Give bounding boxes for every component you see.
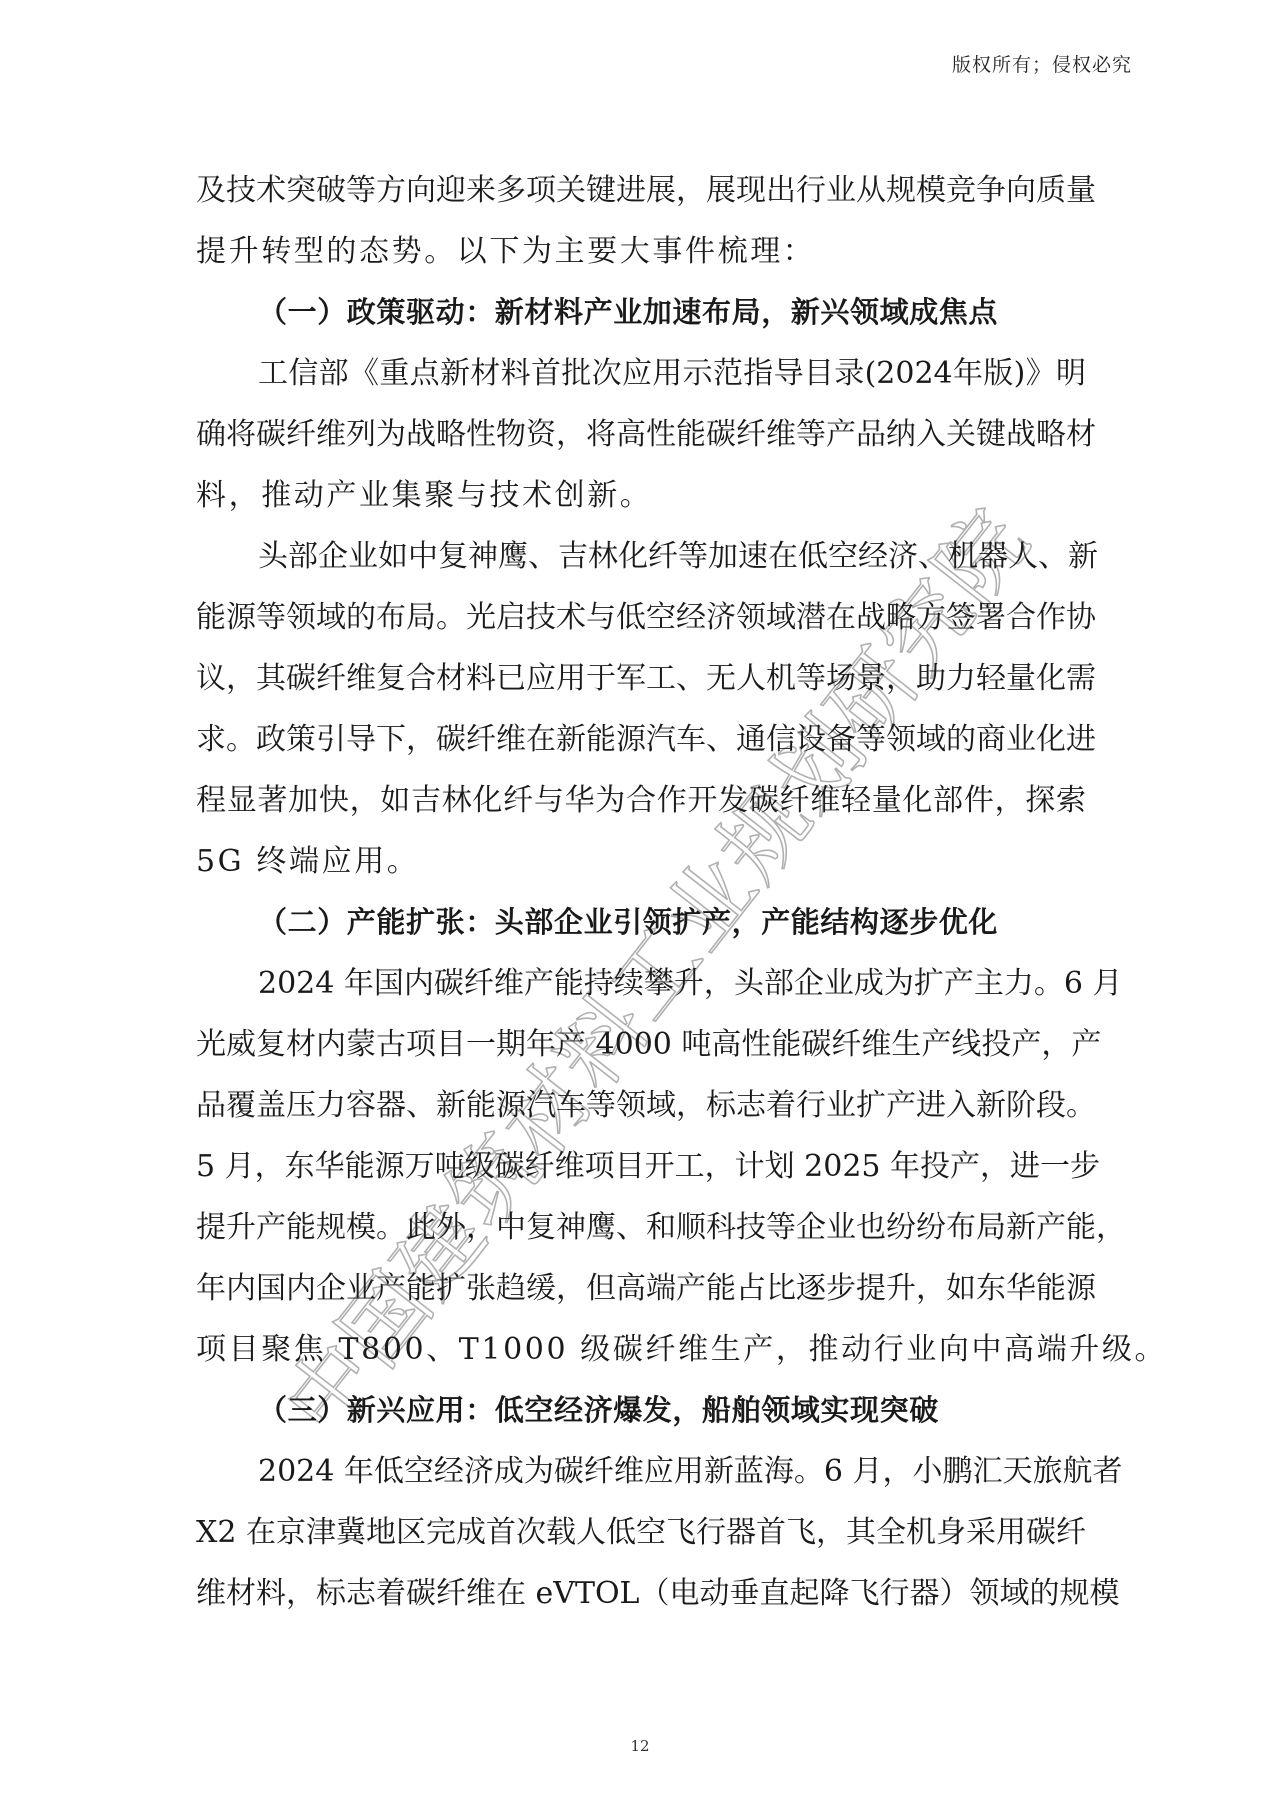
paragraph-line: 及技术突破等方向迎来多项关键进展，展现出行业从规模竞争向质量 [196, 160, 1086, 221]
paragraph-line: 工信部《重点新材料首批次应用示范指导目录(2024年版)》明 [196, 343, 1086, 404]
paragraph-line: 提升转型的态势。以下为主要大事件梳理： [196, 221, 1086, 282]
page-number: 12 [0, 1737, 1280, 1755]
paragraph-line: 年内国内企业产能扩张趋缓，但高端产能占比逐步提升，如东华能源 [196, 1258, 1086, 1319]
paragraph-line: 品覆盖压力容器、新能源汽车等领域，标志着行业扩产进入新阶段。 [196, 1075, 1086, 1136]
paragraph-line: 2024 年低空经济成为碳纤维应用新蓝海。6 月，小鹏汇天旅航者 [196, 1441, 1086, 1502]
paragraph-line: 程显著加快，如吉林化纤与华为合作开发碳纤维轻量化部件，探索 [196, 770, 1086, 831]
document-body: 及技术突破等方向迎来多项关键进展，展现出行业从规模竞争向质量 提升转型的态势。以… [196, 160, 1086, 1624]
paragraph-line: 2024 年国内碳纤维产能持续攀升，头部企业成为扩产主力。6 月 [196, 953, 1086, 1014]
paragraph-line: 提升产能规模。此外，中复神鹰、和顺科技等企业也纷纷布局新产能， [196, 1197, 1086, 1258]
section-heading-3: （三）新兴应用：低空经济爆发，船舶领域实现突破 [196, 1380, 1086, 1441]
paragraph-line: 议，其碳纤维复合材料已应用于军工、无人机等场景，助力轻量化需 [196, 648, 1086, 709]
paragraph-line: X2 在京津冀地区完成首次载人低空飞行器首飞，其全机身采用碳纤 [196, 1502, 1086, 1563]
section-heading-2: （二）产能扩张：头部企业引领扩产，产能结构逐步优化 [196, 892, 1086, 953]
paragraph-line: 头部企业如中复神鹰、吉林化纤等加速在低空经济、机器人、新 [196, 526, 1086, 587]
paragraph-line: 光威复材内蒙古项目一期年产 4000 吨高性能碳纤维生产线投产，产 [196, 1014, 1086, 1075]
paragraph-line: 5 月，东华能源万吨级碳纤维项目开工，计划 2025 年投产，进一步 [196, 1136, 1086, 1197]
paragraph-line: 能源等领域的布局。光启技术与低空经济领域潜在战略方签署合作协 [196, 587, 1086, 648]
paragraph-line: 料，推动产业集聚与技术创新。 [196, 465, 1086, 526]
paragraph-line: 项目聚焦 T800、T1000 级碳纤维生产，推动行业向中高端升级。 [196, 1319, 1086, 1380]
paragraph-line: 确将碳纤维列为战略性物资，将高性能碳纤维等产品纳入关键战略材 [196, 404, 1086, 465]
copyright-header: 版权所有；侵权必究 [952, 50, 1132, 77]
paragraph-line: 5G 终端应用。 [196, 831, 1086, 892]
paragraph-line: 求。政策引导下，碳纤维在新能源汽车、通信设备等领域的商业化进 [196, 709, 1086, 770]
paragraph-line: 维材料，标志着碳纤维在 eVTOL（电动垂直起降飞行器）领域的规模 [196, 1563, 1086, 1624]
section-heading-1: （一）政策驱动：新材料产业加速布局，新兴领域成焦点 [196, 282, 1086, 343]
